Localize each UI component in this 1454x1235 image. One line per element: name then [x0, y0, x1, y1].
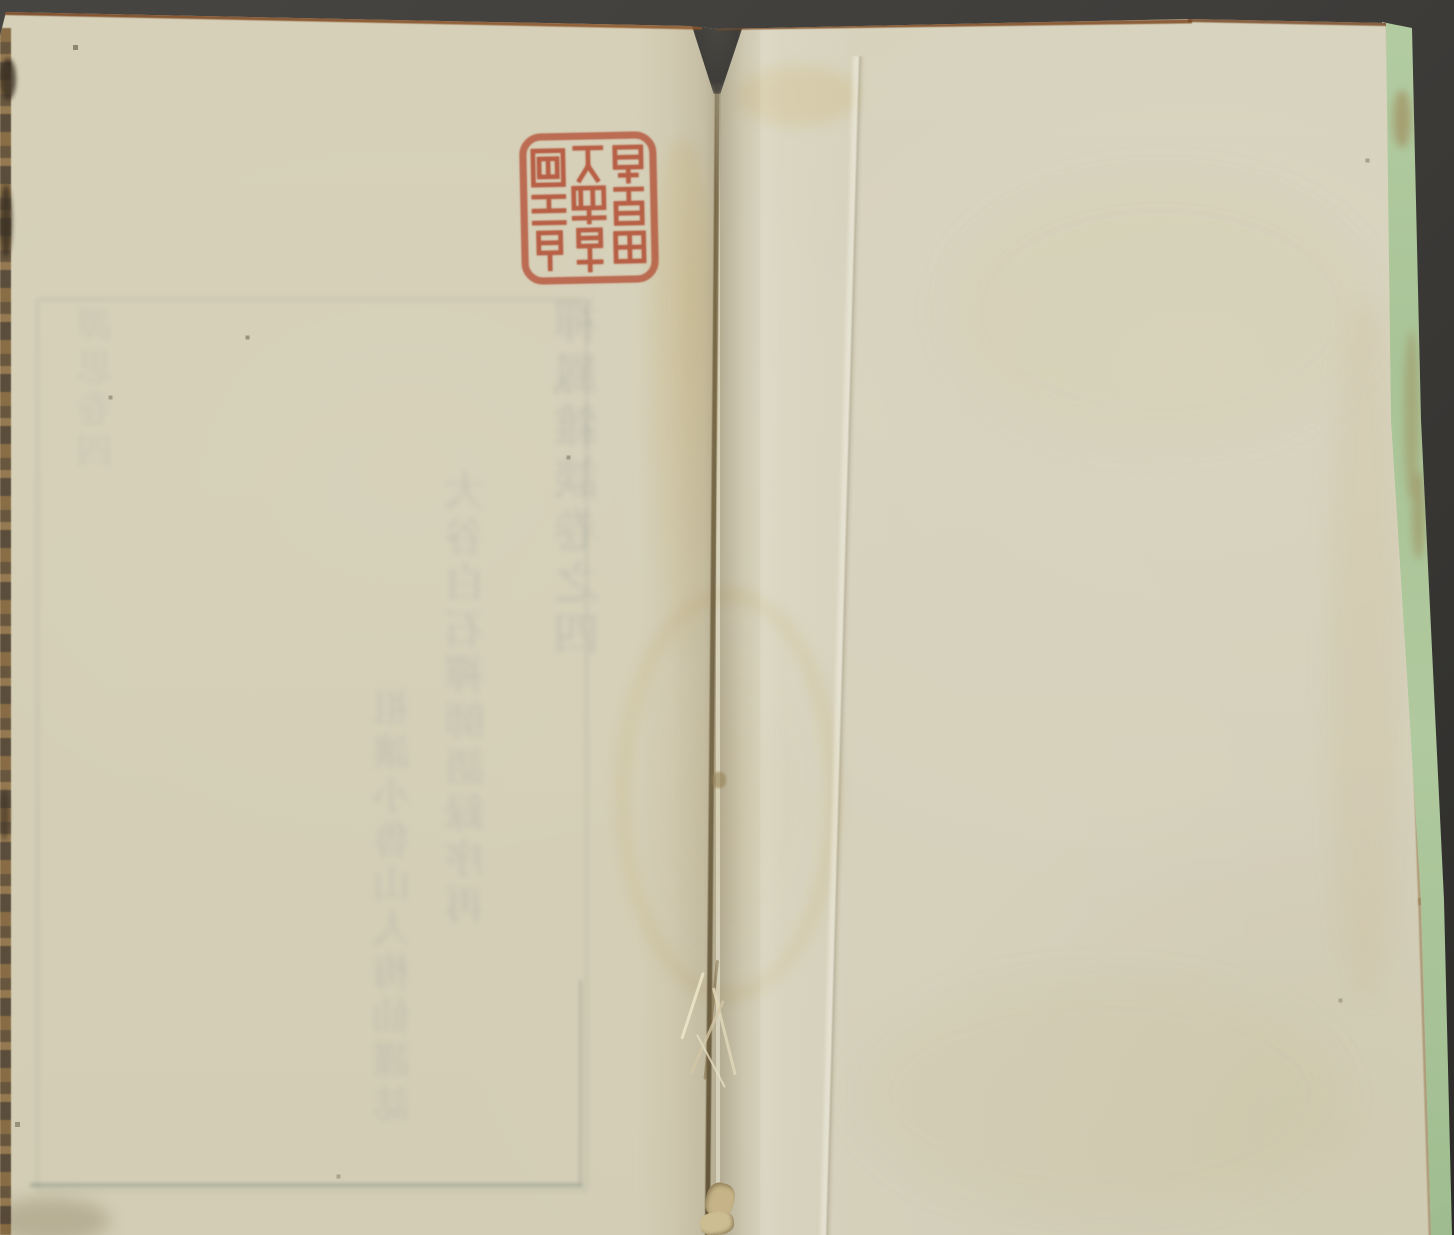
vignette-overlay	[0, 0, 1454, 1235]
book-photograph: 禪鳳雜談卷之四 大谷白石禪師語録序再 祖讓小魯山人梅仙謹誌 譚思卷四	[0, 0, 1454, 1235]
